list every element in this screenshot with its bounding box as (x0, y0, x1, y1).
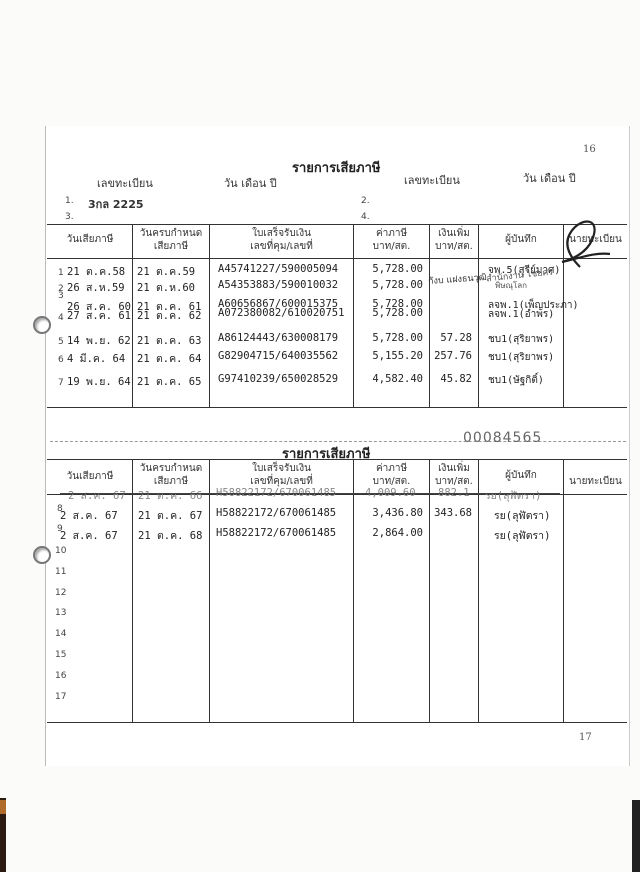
page-number-bottom: 17 (579, 732, 592, 743)
cell-due-date: 21 ต.ค. 63 (137, 332, 201, 349)
col-divider (478, 459, 479, 722)
cell-due-date: 21 ต.ค. 64 (137, 350, 201, 367)
cell-tax-date: 27 ส.ค. 61 (67, 307, 131, 324)
cell-receipt: G82904715/640035562 (218, 350, 338, 362)
page-number-top: 16 (583, 144, 596, 155)
cell-tax-date: 19 พ.ย. 64 (67, 373, 131, 390)
struck-recorder: รย(ลุฬัตรา) (485, 487, 541, 504)
header-surcharge-1-bottom: เงินเพิ่ม (430, 463, 478, 475)
punch-hole-bottom (33, 546, 51, 564)
header-surcharge-2: บาท/สต. (430, 241, 478, 253)
header-tax-date-bottom: วันเสียภาษี (48, 471, 132, 483)
cell-surcharge: 57.28 (440, 332, 472, 344)
row-number: 10 (55, 546, 66, 556)
cell-surcharge: 343.68 (434, 507, 472, 519)
reg-plate-1: 3กล 2225 (88, 195, 144, 213)
cell-receipt: G97410239/650028529 (218, 373, 338, 385)
row-number: 5 (58, 337, 64, 347)
cell-due-date: 21 ต.ค.59 (137, 263, 195, 280)
header-surcharge-1: เงินเพิ่ม (430, 228, 478, 240)
header-recorder-bottom: ผู้บันทึก (479, 470, 563, 482)
col-divider (209, 459, 210, 722)
cell-receipt: A072380082/610020751 (218, 307, 344, 319)
reg-no-2: 2. (361, 196, 370, 206)
section-title-top: รายการเสียภาษี (292, 157, 381, 178)
header-receipt-1: ใบเสร็จรับเงิน (210, 228, 353, 240)
reg-no-3: 3. (65, 212, 74, 222)
col-divider (563, 459, 564, 722)
cell-tax-date: 26 ส.ห.59 (67, 279, 125, 296)
header-due-date-1: วันครบกำหนด (133, 228, 209, 240)
cell-receipt: A45741227/590005094 (218, 263, 338, 275)
row-number: 11 (55, 567, 66, 577)
strikethrough-line (60, 493, 560, 494)
header-due-date-2: เสียภาษี (133, 241, 209, 253)
stamp-text-3: พิษณุโลก (495, 279, 527, 292)
cell-tax: 4,582.40 (372, 373, 423, 385)
cell-recorder: รย(ลุฬัตรา) (494, 507, 550, 524)
row-number: 14 (55, 629, 66, 639)
header-tax-date: วันเสียภาษี (48, 234, 132, 246)
col-divider (478, 224, 479, 407)
cell-tax-date: 2 ส.ค. 67 (60, 507, 118, 524)
header-due-date-1-bottom: วันครบกำหนด (133, 463, 209, 475)
cell-tax: 5,155.20 (372, 350, 423, 362)
scan-edge-left-tab (0, 800, 6, 814)
col-divider (429, 459, 430, 722)
cell-receipt: A86124443/630008179 (218, 332, 338, 344)
cell-recorder: ชบ1(ษัฐกิติ์) (488, 373, 544, 388)
row-number: 16 (55, 671, 66, 681)
header-registrar-bottom: นายทะเบียน (564, 476, 627, 488)
cell-receipt: A54353883/590010032 (218, 279, 338, 291)
row-number: 7 (58, 378, 64, 388)
cell-recorder: ชบ1(สุริยาพร) (488, 332, 554, 347)
cell-tax: 5,728.00 (372, 332, 423, 344)
row-number: 4 (58, 313, 64, 323)
cell-due-date: 21 ต.ห.60 (137, 279, 195, 296)
divider-number: 00084565 (463, 430, 542, 446)
cell-due-date: 21 ต.ค. 65 (137, 373, 201, 390)
scan-edge-right (632, 800, 640, 872)
header-tax-2: บาท/สต. (354, 241, 429, 253)
row-number: 15 (55, 650, 66, 660)
date-label-right: วัน เดือน ปี (523, 169, 576, 187)
header-receipt-1-bottom: ใบเสร็จรับเงิน (210, 463, 353, 475)
cell-recorder: รย(ลุฬัตรา) (494, 527, 550, 544)
reg-no-1: 1. (65, 196, 74, 206)
cell-tax-date: 21 ต.ค.58 (67, 263, 125, 280)
reg-label-right: เลขทะเบียน (404, 171, 460, 189)
cell-due-date: 21 ต.ค. 62 (137, 307, 201, 324)
cell-tax: 3,436.80 (372, 507, 423, 519)
cell-recorder: ชบ1(สุริยาพร) (488, 350, 554, 365)
cell-recorder: ลจพ.1(อำพร) (488, 307, 554, 322)
row-number: 3 (58, 291, 64, 301)
top-table-border-bottom (47, 407, 627, 408)
row-number: 1 (58, 268, 64, 278)
row-number: 6 (58, 355, 64, 365)
cell-surcharge: 257.76 (434, 350, 472, 362)
reg-no-4: 4. (361, 212, 370, 222)
signature-icon (540, 212, 620, 272)
section-title-bottom: รายการเสียภาษี (282, 443, 371, 464)
cell-tax: 5,728.00 (372, 307, 423, 319)
bottom-table-border-bottom (47, 722, 627, 723)
struck-due-date: 21 ต.ค. 66 (138, 487, 202, 504)
cell-tax-date: 2 ส.ค. 67 (60, 527, 118, 544)
cell-tax-date: 14 พ.ย. 62 (67, 332, 131, 349)
col-divider (353, 459, 354, 722)
row-number: 17 (55, 692, 66, 702)
header-receipt-2: เลขที่คุม/เลขที่ (210, 241, 353, 253)
header-tax-1-bottom: ค่าภาษี (354, 463, 429, 475)
cell-receipt: H58822172/670061485 (216, 527, 336, 539)
col-divider (132, 459, 133, 722)
row-number: 12 (55, 588, 66, 598)
cell-tax-date: 4 มี.ค. 64 (67, 350, 125, 367)
cell-receipt: H58822172/670061485 (216, 507, 336, 519)
cell-surcharge: 45.82 (440, 373, 472, 385)
punch-hole-top (33, 316, 51, 334)
reg-label-left: เลขทะเบียน (97, 174, 153, 192)
cell-due-date: 21 ต.ค. 67 (138, 507, 202, 524)
header-tax-1: ค่าภาษี (354, 228, 429, 240)
row-number: 13 (55, 608, 66, 618)
date-label-left: วัน เดือน ปี (224, 174, 277, 192)
cell-tax: 5,728.00 (372, 279, 423, 291)
cell-due-date: 21 ต.ค. 68 (138, 527, 202, 544)
struck-tax-date: 2 ส.ค. 67 (68, 487, 126, 504)
cell-tax: 2,864.00 (372, 527, 423, 539)
bottom-table-border-top (47, 459, 627, 460)
cell-tax: 5,728.00 (372, 263, 423, 275)
